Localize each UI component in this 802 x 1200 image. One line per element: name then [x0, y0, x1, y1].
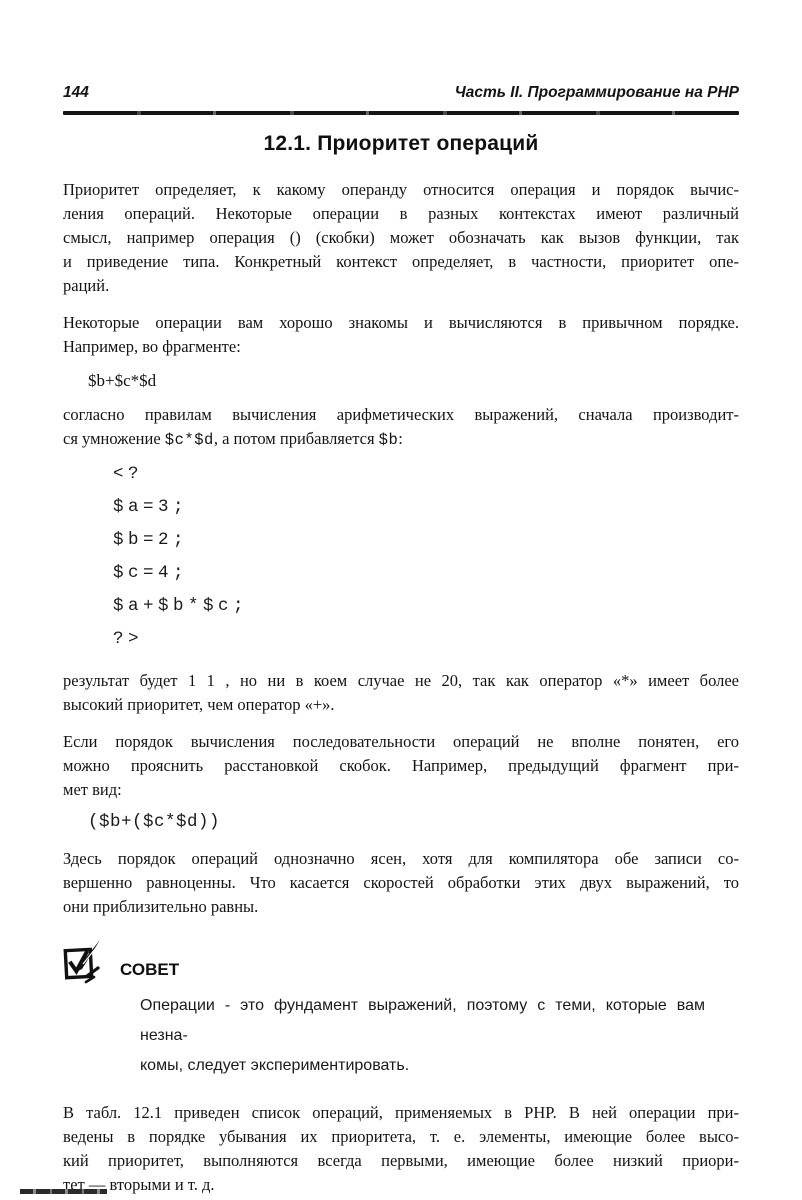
text-line: вершенно равноценны. Что касается скорос… — [63, 871, 739, 895]
tip-head: СОВЕТ — [63, 938, 739, 984]
paragraph: В табл. 12.1 приведен список операций, п… — [63, 1101, 739, 1197]
text-line: согласно правилам вычисления арифметичес… — [63, 403, 739, 427]
paragraph: Приоритет определяет, к какому операнду … — [63, 178, 739, 298]
text-line: высокий приоритет, чем оператор «+». — [63, 693, 739, 717]
code-block: <? $a=3; $b=2; $c=4; $a+$b*$c; ?> — [113, 458, 739, 656]
paragraph: результат будет 1 1 , но ни в коем случа… — [63, 669, 739, 717]
text-line: и приведение типа. Конкретный контекст о… — [63, 250, 739, 274]
text-line: Например, во фрагменте: — [63, 335, 739, 359]
pencil-note-icon — [63, 938, 105, 984]
text-line: раций. — [63, 274, 739, 298]
text-line: ведены в порядке убывания их приоритета,… — [63, 1125, 739, 1149]
code-line: $c=4; — [113, 557, 739, 590]
text-segment: , а потом прибавляется — [214, 429, 379, 448]
code-line: $b=2; — [113, 524, 739, 557]
inline-code: $b — [379, 431, 399, 449]
tip-label: СОВЕТ — [120, 960, 179, 984]
code-line: $a=3; — [113, 491, 739, 524]
code-line: ?> — [113, 623, 739, 656]
text-line: В табл. 12.1 приведен список операций, п… — [63, 1101, 739, 1125]
chapter-title: Часть II. Программирование на PHP — [455, 84, 739, 102]
code-line: <? — [113, 458, 739, 491]
text-line: мет вид: — [63, 778, 739, 802]
text-line: они приблизительно равны. — [63, 895, 739, 919]
text-segment: : — [398, 429, 403, 448]
text-line: тет — вторыми и т. д. — [63, 1173, 739, 1197]
paragraph: Если порядок вычисления последовательнос… — [63, 730, 739, 802]
code-fragment: ($b+($c*$d)) — [88, 810, 739, 834]
text-line: Приоритет определяет, к какому операнду … — [63, 178, 739, 202]
inline-code: $c*$d — [165, 431, 214, 449]
scan-artifact-line — [20, 1189, 107, 1194]
paragraph: Здесь порядок операций однозначно ясен, … — [63, 847, 739, 919]
page-number: 144 — [63, 84, 89, 102]
text-line: результат будет 1 1 , но ни в коем случа… — [63, 669, 739, 693]
tip-block: СОВЕТ Операции - это фундамент выражений… — [63, 938, 739, 1081]
section-title: 12.1. Приоритет операций — [63, 132, 739, 156]
book-page: 144 Часть II. Программирование на PHP 12… — [0, 0, 802, 1200]
text-line: комы, следует экспериментировать. — [140, 1051, 705, 1081]
code-line: $a+$b*$c; — [113, 590, 739, 623]
text-line: Операции - это фундамент выражений, поэт… — [140, 991, 705, 1051]
text-line: ления операций. Некоторые операции в раз… — [63, 202, 739, 226]
text-line: ся умножение $c*$d, а потом прибавляется… — [63, 427, 739, 452]
text-line: кий приоритет, выполняются всегда первым… — [63, 1149, 739, 1173]
text-line: Здесь порядок операций однозначно ясен, … — [63, 847, 739, 871]
tip-text: Операции - это фундамент выражений, поэт… — [140, 991, 705, 1081]
text-line: Некоторые операции вам хорошо знакомы и … — [63, 311, 739, 335]
text-line: можно прояснить расстановкой скобок. Нап… — [63, 754, 739, 778]
text-line: смысл, например операция () (скобки) мож… — [63, 226, 739, 250]
code-fragment: $b+$c*$d — [88, 369, 739, 393]
page-content: 144 Часть II. Программирование на PHP 12… — [63, 84, 739, 1197]
paragraph: согласно правилам вычисления арифметичес… — [63, 403, 739, 452]
paragraph: Некоторые операции вам хорошо знакомы и … — [63, 311, 739, 359]
running-head: 144 Часть II. Программирование на PHP — [63, 84, 739, 102]
text-segment: ся умножение — [63, 429, 165, 448]
text-line: Если порядок вычисления последовательнос… — [63, 730, 739, 754]
header-rule — [63, 111, 739, 115]
